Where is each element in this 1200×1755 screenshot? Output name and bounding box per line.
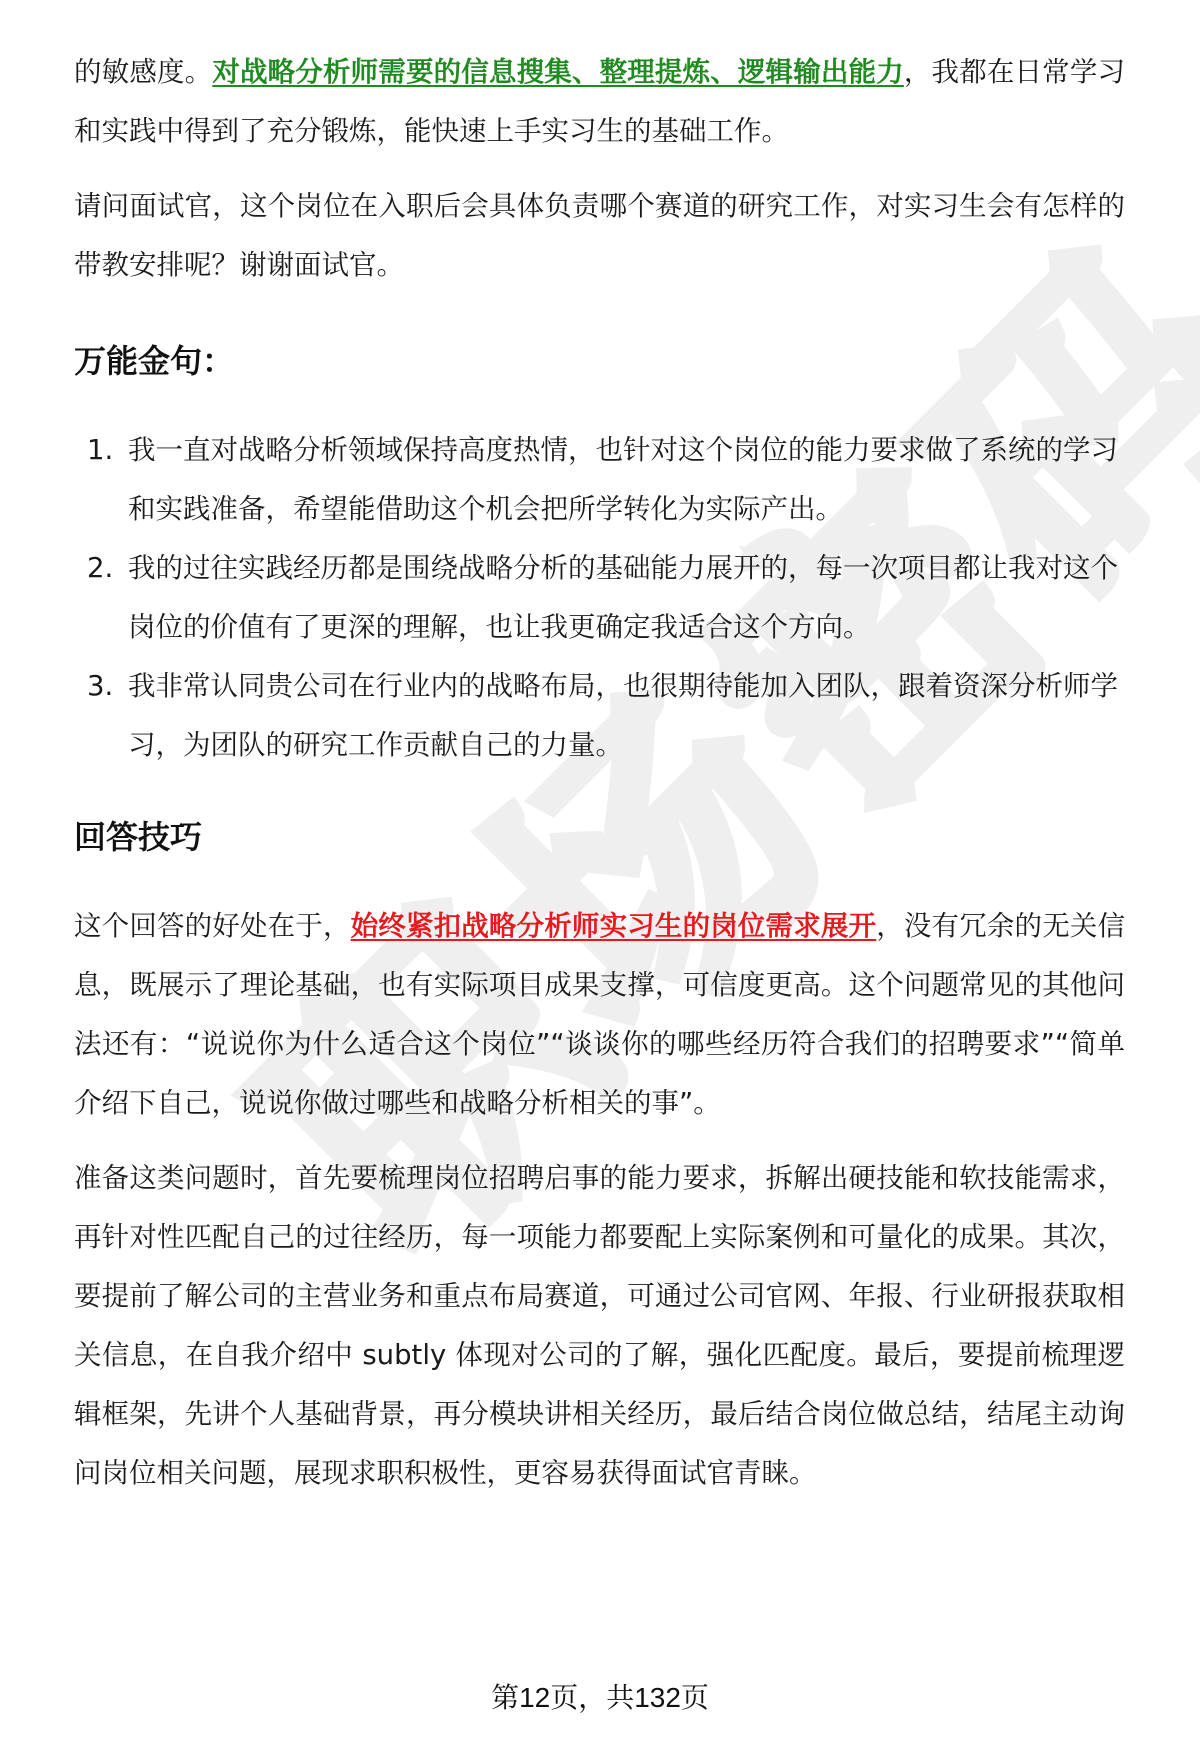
list-text: 我的过往实践经历都是围绕战略分析的基础能力展开的，每一次项目都让我对这个岗位的价… [128, 552, 1118, 643]
list-number: 1. [87, 421, 113, 480]
question-paragraph: 请问面试官，这个岗位在入职后会具体负责哪个赛道的研究工作，对实习生会有怎样的带教… [74, 177, 1125, 295]
list-text: 我一直对战略分析领域保持高度热情，也针对这个岗位的能力要求做了系统的学习和实践准… [128, 434, 1118, 525]
list-number: 2. [87, 539, 113, 598]
intro-highlight: 对战略分析师需要的信息搜集、整理提炼、逻辑输出能力 [212, 56, 904, 88]
list-item: 1.我一直对战略分析领域保持高度热情，也针对这个岗位的能力要求做了系统的学习和实… [74, 421, 1125, 539]
tips-highlight: 始终紧扣战略分析师实习生的岗位需求展开 [351, 910, 877, 942]
document-page: 的敏感度。对战略分析师需要的信息搜集、整理提炼、逻辑输出能力，我都在日常学习和实… [0, 0, 1200, 1503]
list-item: 2.我的过往实践经历都是围绕战略分析的基础能力展开的，每一次项目都让我对这个岗位… [74, 539, 1125, 657]
list-text: 我非常认同贵公司在行业内的战略布局，也很期待能加入团队，跟着资深分析师学习，为团… [128, 670, 1118, 761]
tips-paragraph-1: 这个回答的好处在于，始终紧扣战略分析师实习生的岗位需求展开，没有冗余的无关信息，… [74, 897, 1125, 1133]
tips-paragraph-2: 准备这类问题时，首先要梳理岗位招聘启事的能力要求，拆解出硬技能和软技能需求，再针… [74, 1149, 1125, 1503]
intro-paragraph: 的敏感度。对战略分析师需要的信息搜集、整理提炼、逻辑输出能力，我都在日常学习和实… [74, 43, 1125, 161]
answer-tips-title: 回答技巧 [74, 817, 1125, 857]
page-number: 第12页，共132页 [0, 1676, 1200, 1716]
list-number: 3. [87, 657, 113, 716]
tips-prefix: 这个回答的好处在于， [74, 910, 351, 942]
intro-prefix: 的敏感度。 [74, 56, 212, 88]
golden-sentences-title: 万能金句： [74, 341, 1125, 381]
list-item: 3.我非常认同贵公司在行业内的战略布局，也很期待能加入团队，跟着资深分析师学习，… [74, 657, 1125, 775]
golden-sentences-list: 1.我一直对战略分析领域保持高度热情，也针对这个岗位的能力要求做了系统的学习和实… [74, 421, 1125, 775]
